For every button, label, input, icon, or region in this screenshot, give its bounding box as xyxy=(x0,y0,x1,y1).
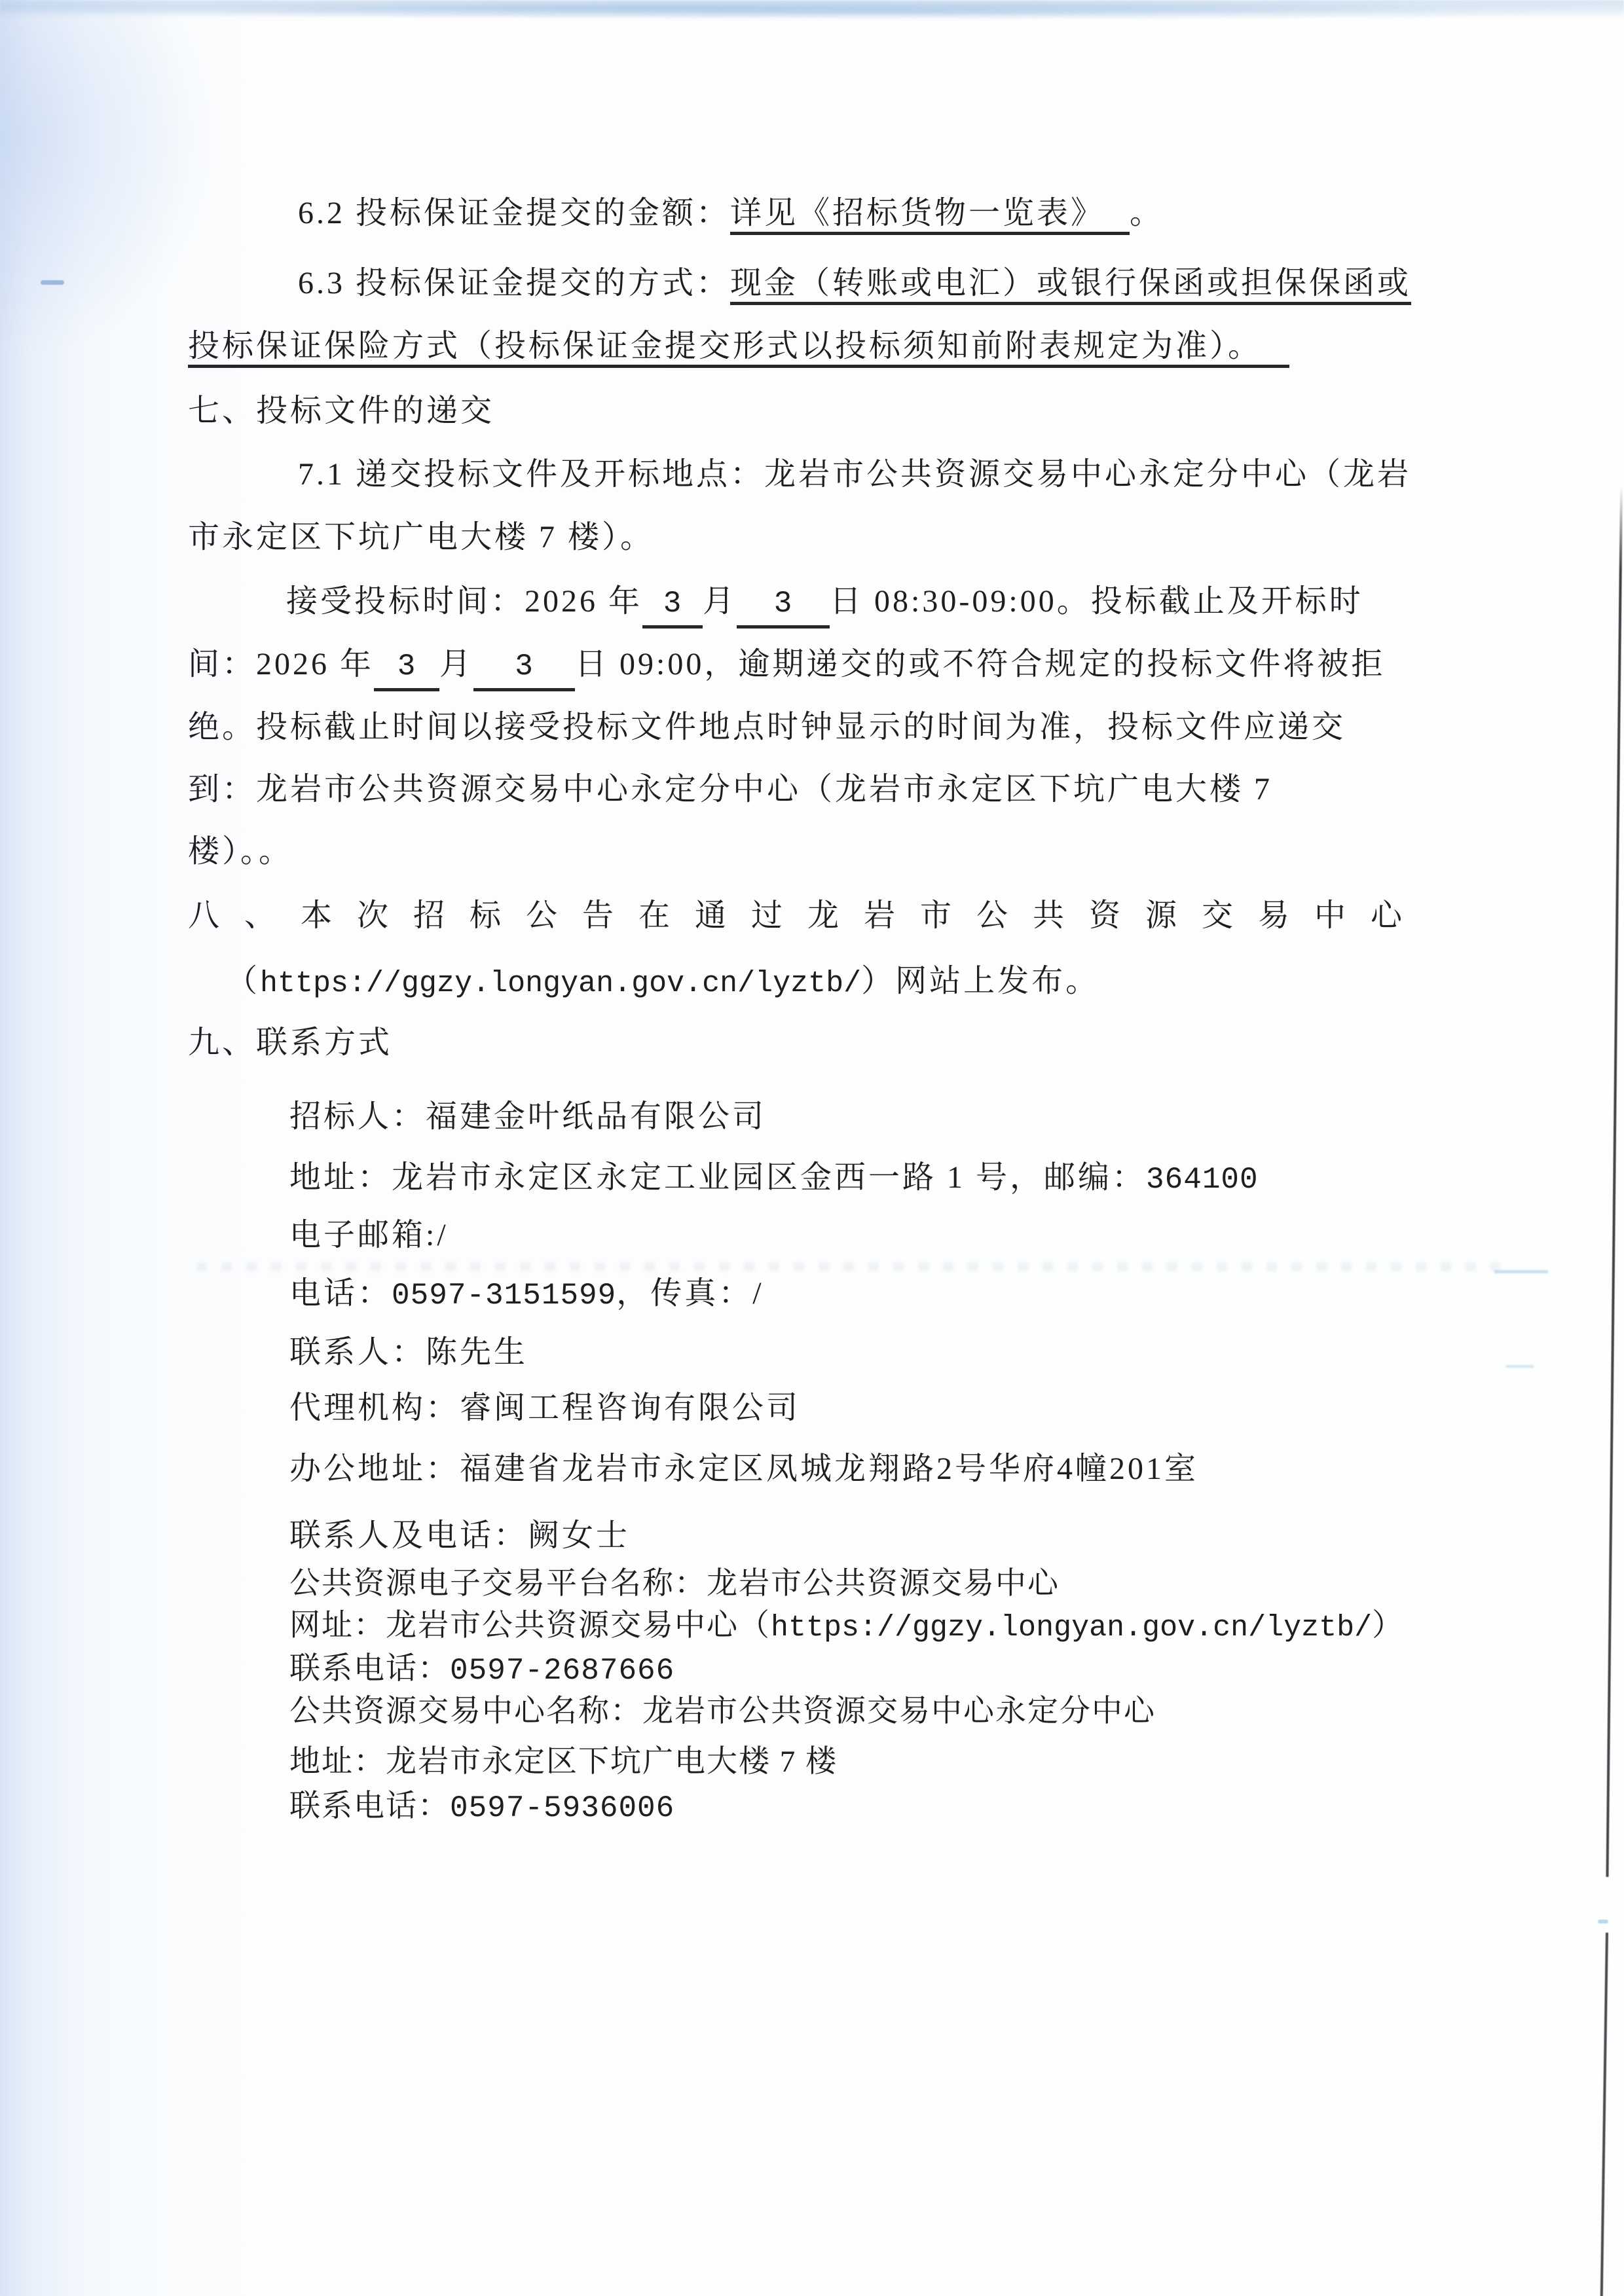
line-platform-website: 网址：龙岩市公共资源交易中心（https://ggzy.longyan.gov.… xyxy=(188,1605,1534,1649)
line-tenderer-address: 地址：龙岩市永定区永定工业园区金西一路 1 号，邮编：364100 xyxy=(188,1157,1534,1200)
line-agency-contact: 联系人及电话：阙女士 xyxy=(188,1516,1534,1556)
platform-url-text: https://ggzy.longyan.gov.cn/lyztb/ xyxy=(771,1611,1372,1645)
line-7-1-submission-place: 7.1 递交投标文件及开标地点：龙岩市公共资源交易中心永定分中心（龙岩 xyxy=(188,454,1542,495)
url-close-text: ）网站上发布。 xyxy=(861,964,1099,998)
line-6-2-bid-bond-amount: 6.2 投标保证金提交的金额：详见《招标货物一览表》。 xyxy=(188,193,1542,234)
line-6-3-continuation-underlined: 投标保证保险方式（投标保证金提交形式以投标须知前附表规定为准）。 xyxy=(188,329,1289,368)
scan-artifact-cyan-dot xyxy=(1598,1920,1608,1923)
line-6-2-period: 。 xyxy=(1130,196,1164,230)
line-agency-address: 办公地址：福建省龙岩市永定区凤城龙翔路2号华府4幢201室 xyxy=(188,1449,1534,1489)
line-6-2-value-underlined: 详见《招标货物一览表》 xyxy=(730,196,1130,235)
scan-artifact-vertical-line xyxy=(1606,486,1623,1877)
tenderer-postcode: 364100 xyxy=(1146,1163,1259,1197)
accept-time-prefix: 接受投标时间：2026 年 xyxy=(286,584,642,619)
line-center-address: 地址：龙岩市永定区下坑广电大楼 7 楼 xyxy=(188,1741,1534,1782)
line-6-3-label: 6.3 投标保证金提交的方式： xyxy=(298,266,730,301)
deadline-month-char: 月 xyxy=(439,647,473,682)
deadline-day-blank: 3 xyxy=(473,646,575,691)
center-phone-label: 联系电话： xyxy=(289,1789,450,1823)
line-deadline-wrap-3: 楼）。。 xyxy=(188,831,1432,872)
tenderer-address-text: 地址：龙岩市永定区永定工业园区金西一路 1 号，邮编： xyxy=(289,1160,1146,1195)
line-contact-person: 联系人：陈先生 xyxy=(188,1332,1534,1373)
section9-heading: 九、联系方式 xyxy=(188,1023,1432,1063)
deadline-suffix: 日 09:00，逾期递交的或不符合规定的投标文件将被拒 xyxy=(575,647,1385,682)
line-agency: 代理机构：睿闽工程咨询有限公司 xyxy=(188,1388,1534,1429)
line-6-3-continuation: 投标保证保险方式（投标保证金提交形式以投标须知前附表规定为准）。 xyxy=(188,326,1432,367)
platform-phone-number: 0597-2687666 xyxy=(450,1654,674,1688)
line-announcement-url: （https://ggzy.longyan.gov.cn/lyztb/）网站上发… xyxy=(188,961,1470,1004)
center-phone-number: 0597-5936006 xyxy=(450,1791,674,1825)
deadline-month-blank: 3 xyxy=(374,646,439,691)
line-6-3-value-underlined: 现金（转账或电汇）或银行保函或担保保函或 xyxy=(730,266,1411,305)
line-center-phone: 联系电话：0597-5936006 xyxy=(188,1786,1534,1829)
line-tenderer: 招标人：福建金叶纸品有限公司 xyxy=(188,1097,1534,1137)
platform-phone-label: 联系电话： xyxy=(289,1652,450,1686)
accept-day-blank: 3 xyxy=(737,583,830,629)
line-7-1-continuation: 市永定区下坑广电大楼 7 楼）。 xyxy=(188,517,1432,558)
url-open-paren: （ xyxy=(226,964,260,998)
deadline-prefix: 间：2026 年 xyxy=(188,647,374,682)
section7-heading: 七、投标文件的递交 xyxy=(188,391,1432,431)
line-deadline-wrap-2: 到：龙岩市公共资源交易中心永定分中心（龙岩市永定区下坑广电大楼 7 xyxy=(188,769,1432,810)
line-tenderer-email: 电子邮箱:/ xyxy=(188,1215,1534,1256)
line-accept-time: 接受投标时间：2026 年3月3日 08:30-09:00。投标截止及开标时 xyxy=(188,581,1530,629)
line-deadline-time: 间：2026 年3月3日 09:00，逾期递交的或不符合规定的投标文件将被拒 xyxy=(188,644,1432,691)
announcement-url-text: https://ggzy.longyan.gov.cn/lyztb/ xyxy=(260,967,861,1000)
accept-time-suffix: 日 08:30-09:00。投标截止及开标时 xyxy=(830,584,1363,619)
tenderer-phone-number: 0597-3151599 xyxy=(392,1279,616,1313)
scan-artifact-top-band xyxy=(0,0,1624,20)
section8-heading-announcement: 八、本次招标公告在通过龙岩市公共资源交易中心 xyxy=(188,896,1432,936)
line-6-3-bid-bond-method: 6.3 投标保证金提交的方式：现金（转账或电汇）或银行保函或担保保函或 xyxy=(188,263,1542,304)
website-close-paren: ） xyxy=(1372,1609,1404,1643)
accept-time-month-char: 月 xyxy=(703,584,737,619)
line-deadline-wrap-1: 绝。投标截止时间以接受投标文件地点时钟显示的时间为准，投标文件应递交 xyxy=(188,707,1432,748)
line-6-2-label: 6.2 投标保证金提交的金额： xyxy=(298,196,730,230)
scan-artifact-bleedthrough xyxy=(196,1262,1500,1271)
website-label: 网址：龙岩市公共资源交易中心（ xyxy=(289,1609,771,1643)
line-platform-phone: 联系电话：0597-2687666 xyxy=(188,1649,1534,1691)
scan-artifact-vertical-line xyxy=(1600,1933,1608,2296)
line-platform-name: 公共资源电子交易平台名称：龙岩市公共资源交易中心 xyxy=(188,1563,1534,1604)
accept-month-blank: 3 xyxy=(642,583,703,629)
fax-text: ，传真：/ xyxy=(616,1276,764,1311)
scan-artifact-blue-dash xyxy=(41,280,64,285)
phone-label: 电话： xyxy=(289,1276,392,1311)
line-center-name: 公共资源交易中心名称：龙岩市公共资源交易中心永定分中心 xyxy=(188,1691,1534,1732)
line-tenderer-phone: 电话：0597-3151599，传真：/ xyxy=(188,1273,1534,1316)
document-page: 6.2 投标保证金提交的金额：详见《招标货物一览表》。 6.3 投标保证金提交的… xyxy=(0,0,1624,2296)
